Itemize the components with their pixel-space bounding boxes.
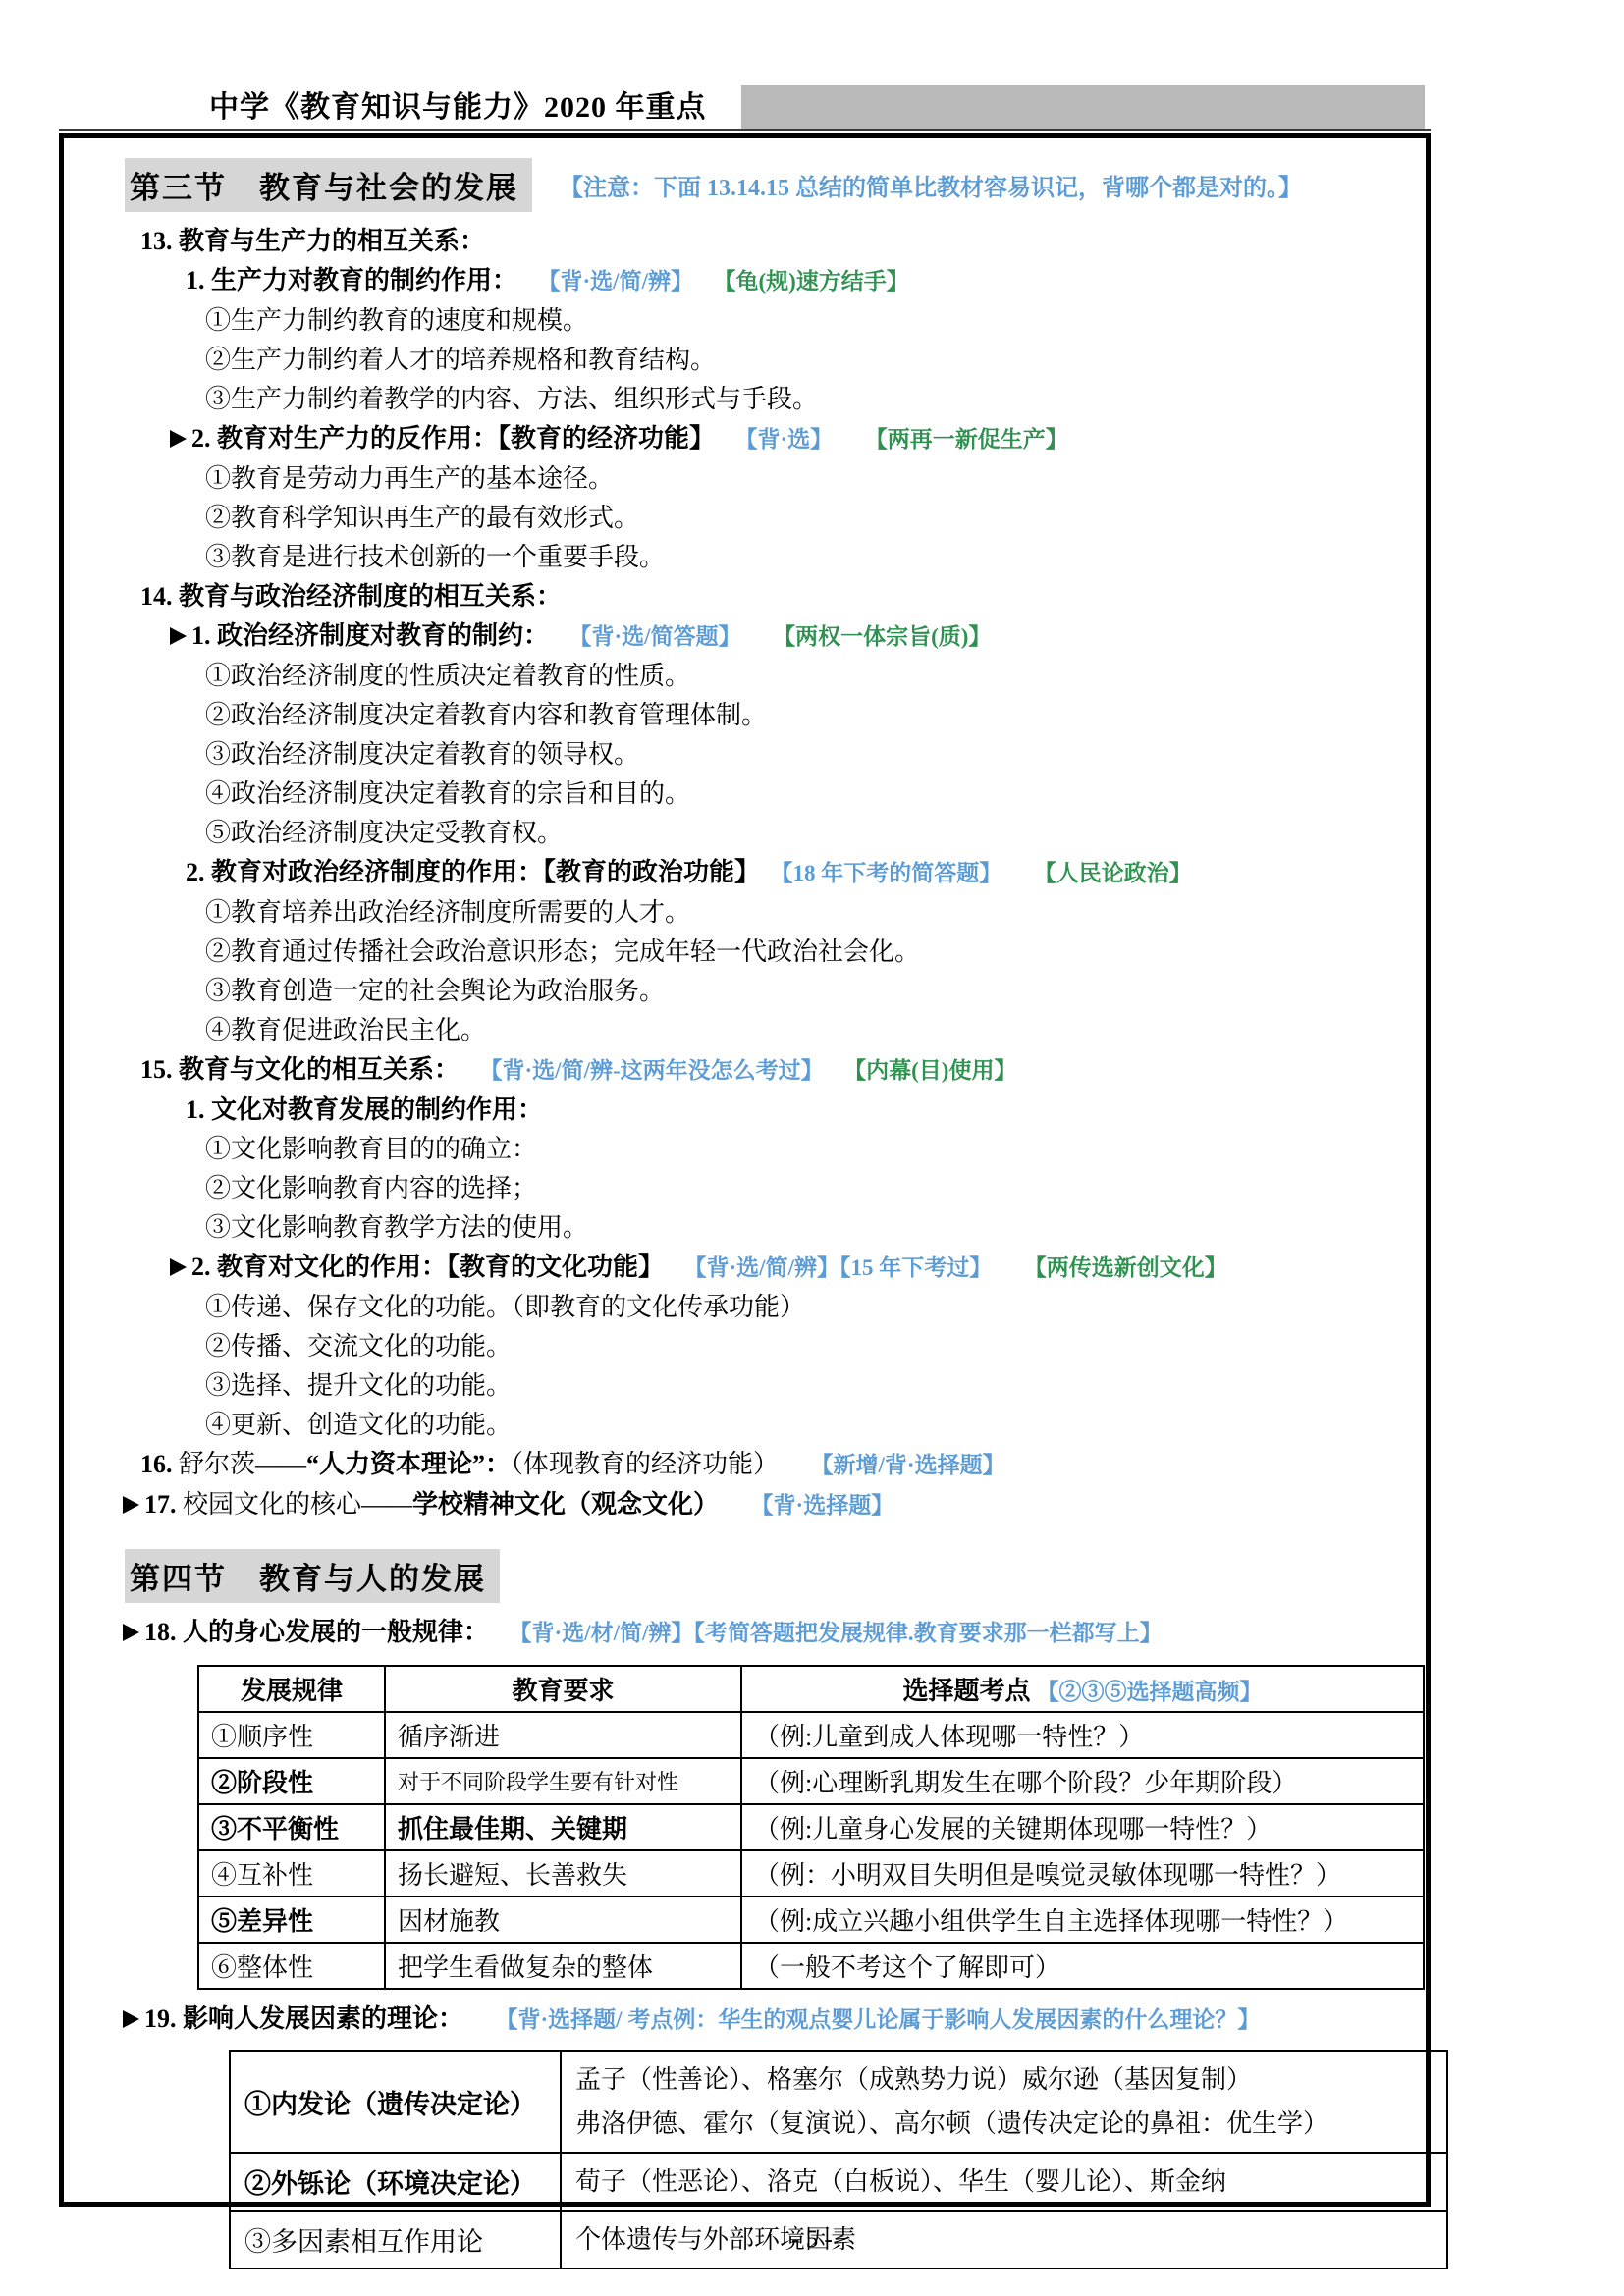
column-header: 发展规律 (198, 1666, 385, 1712)
bullet-item: ②教育科学知识再生产的最有效形式。 (205, 499, 1426, 538)
section4-title: 第四节 教育与人的发展 (125, 1549, 500, 1603)
arrow-bullet-icon (170, 430, 187, 448)
table-row: ③不平衡性 抓住最佳期、关键期 （例:儿童身心发展的关键期体现哪一特性？） (198, 1804, 1424, 1850)
mnemonic-tag-green: 【两权一体宗旨(质)】 (773, 624, 991, 649)
bullet-item: ③生产力制约着教学的内容、方法、组织形式与手段。 (205, 380, 1426, 419)
bullet-item: ③教育创造一定的社会舆论为政治服务。 (205, 972, 1426, 1011)
item-19: 19. 影响人发展因素的理论： 【背·选择题/ 考点例：华生的观点婴儿论属于影响… (123, 2000, 1426, 2040)
exam-tag-blue: 【背·选/材/简/辨】【考简答题把发展规律.教育要求那一栏都写上】 (510, 1621, 1163, 1645)
table-row: ④互补性 扬长避短、长善救失 （例：小明双目失明但是嗅觉灵敏体现哪一特性？） (198, 1850, 1424, 1896)
item-text: 15. 教育与文化的相互关系： (140, 1055, 460, 1084)
item-13-sub1: 1. 生产力对教育的制约作用： 【背·选/简/辨】 【龟(规)速方结手】 (186, 261, 1426, 301)
table-row: ⑤差异性 因材施教 （例:成立兴趣小组供学生自主选择体现哪一特性？） (198, 1896, 1424, 1943)
bullet-item: ②文化影响教育内容的选择； (205, 1169, 1426, 1208)
page-number: - 5 - (0, 2226, 1624, 2254)
section3-title: 第三节 教育与社会的发展 (125, 158, 532, 212)
mnemonic-tag-green: 【两再一新促生产】 (865, 427, 1068, 452)
rule-cell: ⑥整体性 (198, 1943, 385, 1989)
item-text: 18. 人的身心发展的一般规律： (144, 1618, 489, 1646)
bullet-item: ①教育是劳动力再生产的基本途径。 (205, 459, 1426, 499)
requirement-cell: 因材施教 (385, 1896, 741, 1943)
example-cell: （例:成立兴趣小组供学生自主选择体现哪一特性？） (741, 1896, 1424, 1943)
table-row: ②阶段性 对于不同阶段学生要有针对性 （例:心理断乳期发生在哪个阶段？少年期阶段… (198, 1758, 1424, 1804)
table-row: ⑥整体性 把学生看做复杂的整体 （一般不考这个了解即可） (198, 1943, 1424, 1989)
redaction-box (741, 85, 1425, 131)
table-row: ①顺序性 循序渐进 （例:儿童到成人体现哪一特性？） (198, 1712, 1424, 1758)
item-14-sub2: 2. 教育对政治经济制度的作用：【教育的政治功能】 【18 年下考的简答题】 【… (186, 853, 1426, 893)
mnemonic-tag-green: 【龟(规)速方结手】 (713, 269, 908, 294)
item-15-sub1: 1. 文化对教育发展的制约作用： (186, 1091, 1426, 1130)
item-text: 校园文化的核心—— (183, 1490, 412, 1519)
development-rules-table: 发展规律 教育要求 选择题考点【②③⑤选择题高频】 ①顺序性 循序渐进 （例:儿… (197, 1665, 1425, 1990)
rule-cell: ①顺序性 (198, 1712, 385, 1758)
document-header-title: 中学《教育知识与能力》2020 年重点 (209, 82, 707, 126)
requirement-cell: 扬长避短、长善救失 (385, 1850, 741, 1896)
item-text-bold: 学校精神文化（观念文化） (412, 1490, 719, 1519)
exam-tag-blue: 【背·选择题】 (751, 1493, 894, 1518)
column-header: 选择题考点【②③⑤选择题高频】 (741, 1666, 1424, 1712)
item-number: 16. (140, 1450, 173, 1478)
column-header: 教育要求 (385, 1666, 741, 1712)
subitem-text: 1. 生产力对教育的制约作用： (186, 266, 517, 294)
bullet-item: ③政治经济制度决定着教育的领导权。 (205, 735, 1426, 774)
table-row: ①内发论（遗传决定论） 孟子（性善论）、格塞尔（成熟势力说）威尔逊（基因复制） … (230, 2051, 1447, 2153)
subitem-text: 1. 政治经济制度对教育的制约： (191, 621, 549, 650)
bullet-item: ②传播、交流文化的功能。 (205, 1327, 1426, 1366)
rule-cell: ②阶段性 (198, 1758, 385, 1804)
bullet-item: ②政治经济制度决定着教育内容和教育管理体制。 (205, 696, 1426, 735)
bullet-item: ②生产力制约着人才的培养规格和教育结构。 (205, 341, 1426, 380)
example-cell: （一般不考这个了解即可） (741, 1943, 1424, 1989)
item-14-sub1: 1. 政治经济制度对教育的制约： 【背·选/简答题】 【两权一体宗旨(质)】 (170, 616, 1426, 657)
item-text: 舒尔茨—— (179, 1450, 306, 1478)
item-text-bold: “人力资本理论”： (306, 1450, 511, 1478)
bullet-item: ③教育是进行技术创新的一个重要手段。 (205, 538, 1426, 577)
section4-heading: 第四节 教育与人的发展 (125, 1549, 1426, 1603)
bullet-item: ⑤政治经济制度决定受教育权。 (205, 814, 1426, 853)
bullet-item: ①教育培养出政治经济制度所需要的人才。 (205, 893, 1426, 933)
bullet-item: ①传递、保存文化的功能。（即教育的文化传承功能） (205, 1288, 1426, 1327)
high-frequency-note: 【②③⑤选择题高频】 (1037, 1680, 1263, 1704)
representatives-line: 弗洛伊德、霍尔（复演说）、高尔顿（遗传决定论的鼻祖：优生学） (575, 2102, 1433, 2146)
exam-tag-blue: 【背·选/简答题】 (569, 624, 741, 649)
arrow-bullet-icon (123, 1624, 139, 1641)
item-15-heading: 15. 教育与文化的相互关系： 【背·选/简/辨-这两年没怎么考过】 【内幕(目… (140, 1050, 1426, 1091)
arrow-bullet-icon (170, 627, 187, 645)
representatives-cell: 孟子（性善论）、格塞尔（成熟势力说）威尔逊（基因复制） 弗洛伊德、霍尔（复演说）… (561, 2051, 1447, 2153)
representatives-line: 荀子（性恶论）、洛克（白板说）、华生（婴儿论）、斯金纳 (575, 2160, 1433, 2204)
example-cell: （例:儿童身心发展的关键期体现哪一特性？） (741, 1804, 1424, 1850)
bullet-item: ①生产力制约教育的速度和规模。 (205, 301, 1426, 341)
column-header-text: 选择题考点 (902, 1677, 1030, 1705)
bullet-item: ①文化影响教育目的的确立： (205, 1130, 1426, 1169)
arrow-bullet-icon (170, 1258, 187, 1276)
bullet-item: ②教育通过传播社会政治意识形态；完成年轻一代政治社会化。 (205, 933, 1426, 972)
item-text: 19. 影响人发展因素的理论： (144, 2004, 463, 2033)
table-header-row: 发展规律 教育要求 选择题考点【②③⑤选择题高频】 (198, 1666, 1424, 1712)
item-16: 16. 舒尔茨——“人力资本理论”：（体现教育的经济功能） 【新增/背·选择题】 (140, 1445, 1426, 1485)
arrow-bullet-icon (123, 1496, 139, 1514)
subitem-text: 2. 教育对政治经济制度的作用：【教育的政治功能】 (186, 858, 760, 886)
mnemonic-tag-green: 【两传选新创文化】 (1024, 1255, 1227, 1280)
example-cell: （例：小明双目失明但是嗅觉灵敏体现哪一特性？） (741, 1850, 1424, 1896)
requirement-cell: 把学生看做复杂的整体 (385, 1943, 741, 1989)
bullet-item: ④更新、创造文化的功能。 (205, 1406, 1426, 1445)
item-number: 17. (144, 1490, 177, 1519)
mnemonic-tag-green: 【内幕(目)使用】 (843, 1058, 1016, 1083)
item-13-heading: 13. 教育与生产力的相互关系： (140, 222, 1426, 261)
rule-cell: ③不平衡性 (198, 1804, 385, 1850)
bullet-item: ③文化影响教育教学方法的使用。 (205, 1208, 1426, 1248)
exam-tag-blue: 【背·选/简/辨】【15 年下考过】 (684, 1255, 993, 1280)
bullet-item: ③选择、提升文化的功能。 (205, 1366, 1426, 1406)
representatives-cell: 荀子（性恶论）、洛克（白板说）、华生（婴儿论）、斯金纳 (561, 2153, 1447, 2211)
item-14-heading: 14. 教育与政治经济制度的相互关系： (140, 577, 1426, 616)
requirement-cell: 抓住最佳期、关键期 (385, 1804, 741, 1850)
header-rule (59, 129, 1431, 131)
representatives-line: 孟子（性善论）、格塞尔（成熟势力说）威尔逊（基因复制） (575, 2057, 1433, 2102)
exam-tag-blue: 【背·选】 (735, 427, 834, 452)
bullet-item: ①政治经济制度的性质决定着教育的性质。 (205, 657, 1426, 696)
exam-tag-blue: 【18 年下考的简答题】 (771, 861, 1002, 885)
item-13-sub2: 2. 教育对生产力的反作用：【教育的经济功能】 【背·选】 【两再一新促生产】 (170, 419, 1426, 459)
item-text: （体现教育的经济功能） (511, 1450, 779, 1478)
exam-tag-blue: 【背·选择题/ 考点例：华生的观点婴儿论属于影响人发展因素的什么理论？】 (496, 2007, 1261, 2032)
exam-tag-blue: 【背·选/简/辨-这两年没怎么考过】 (480, 1058, 824, 1083)
subitem-text: 2. 教育对生产力的反作用：【教育的经济功能】 (191, 424, 715, 453)
requirement-cell: 循序渐进 (385, 1712, 741, 1758)
item-17: 17. 校园文化的核心——学校精神文化（观念文化） 【背·选择题】 (123, 1485, 1426, 1525)
mnemonic-tag-green: 【人民论政治】 (1034, 861, 1192, 885)
exam-tag-blue: 【新增/背·选择题】 (811, 1453, 1005, 1477)
bullet-item: ④政治经济制度决定着教育的宗旨和目的。 (205, 774, 1426, 814)
table-row: ②外铄论（环境决定论） 荀子（性恶论）、洛克（白板说）、华生（婴儿论）、斯金纳 (230, 2153, 1447, 2211)
content-box: 第三节 教育与社会的发展 【注意：下面 13.14.15 总结的简单比教材容易识… (59, 133, 1431, 2207)
subitem-text: 2. 教育对文化的作用：【教育的文化功能】 (191, 1253, 664, 1281)
exam-tag-blue: 【背·选/简/辨】 (538, 269, 693, 294)
rule-cell: ④互补性 (198, 1850, 385, 1896)
section3-heading: 第三节 教育与社会的发展 【注意：下面 13.14.15 总结的简单比教材容易识… (125, 158, 1426, 212)
theory-cell: ②外铄论（环境决定论） (230, 2153, 561, 2211)
example-cell: （例:儿童到成人体现哪一特性？） (741, 1712, 1424, 1758)
requirement-cell: 对于不同阶段学生要有针对性 (385, 1758, 741, 1804)
item-18: 18. 人的身心发展的一般规律： 【背·选/材/简/辨】【考简答题把发展规律.教… (123, 1613, 1426, 1653)
rule-cell: ⑤差异性 (198, 1896, 385, 1943)
bullet-item: ④教育促进政治民主化。 (205, 1011, 1426, 1050)
theory-cell: ①内发论（遗传决定论） (230, 2051, 561, 2153)
arrow-bullet-icon (123, 2010, 139, 2028)
section3-note: 【注意：下面 13.14.15 总结的简单比教材容易识记，背哪个都是对的。】 (560, 168, 1302, 202)
example-cell: （例:心理断乳期发生在哪个阶段？少年期阶段） (741, 1758, 1424, 1804)
item-15-sub2: 2. 教育对文化的作用：【教育的文化功能】 【背·选/简/辨】【15 年下考过】… (170, 1248, 1426, 1288)
